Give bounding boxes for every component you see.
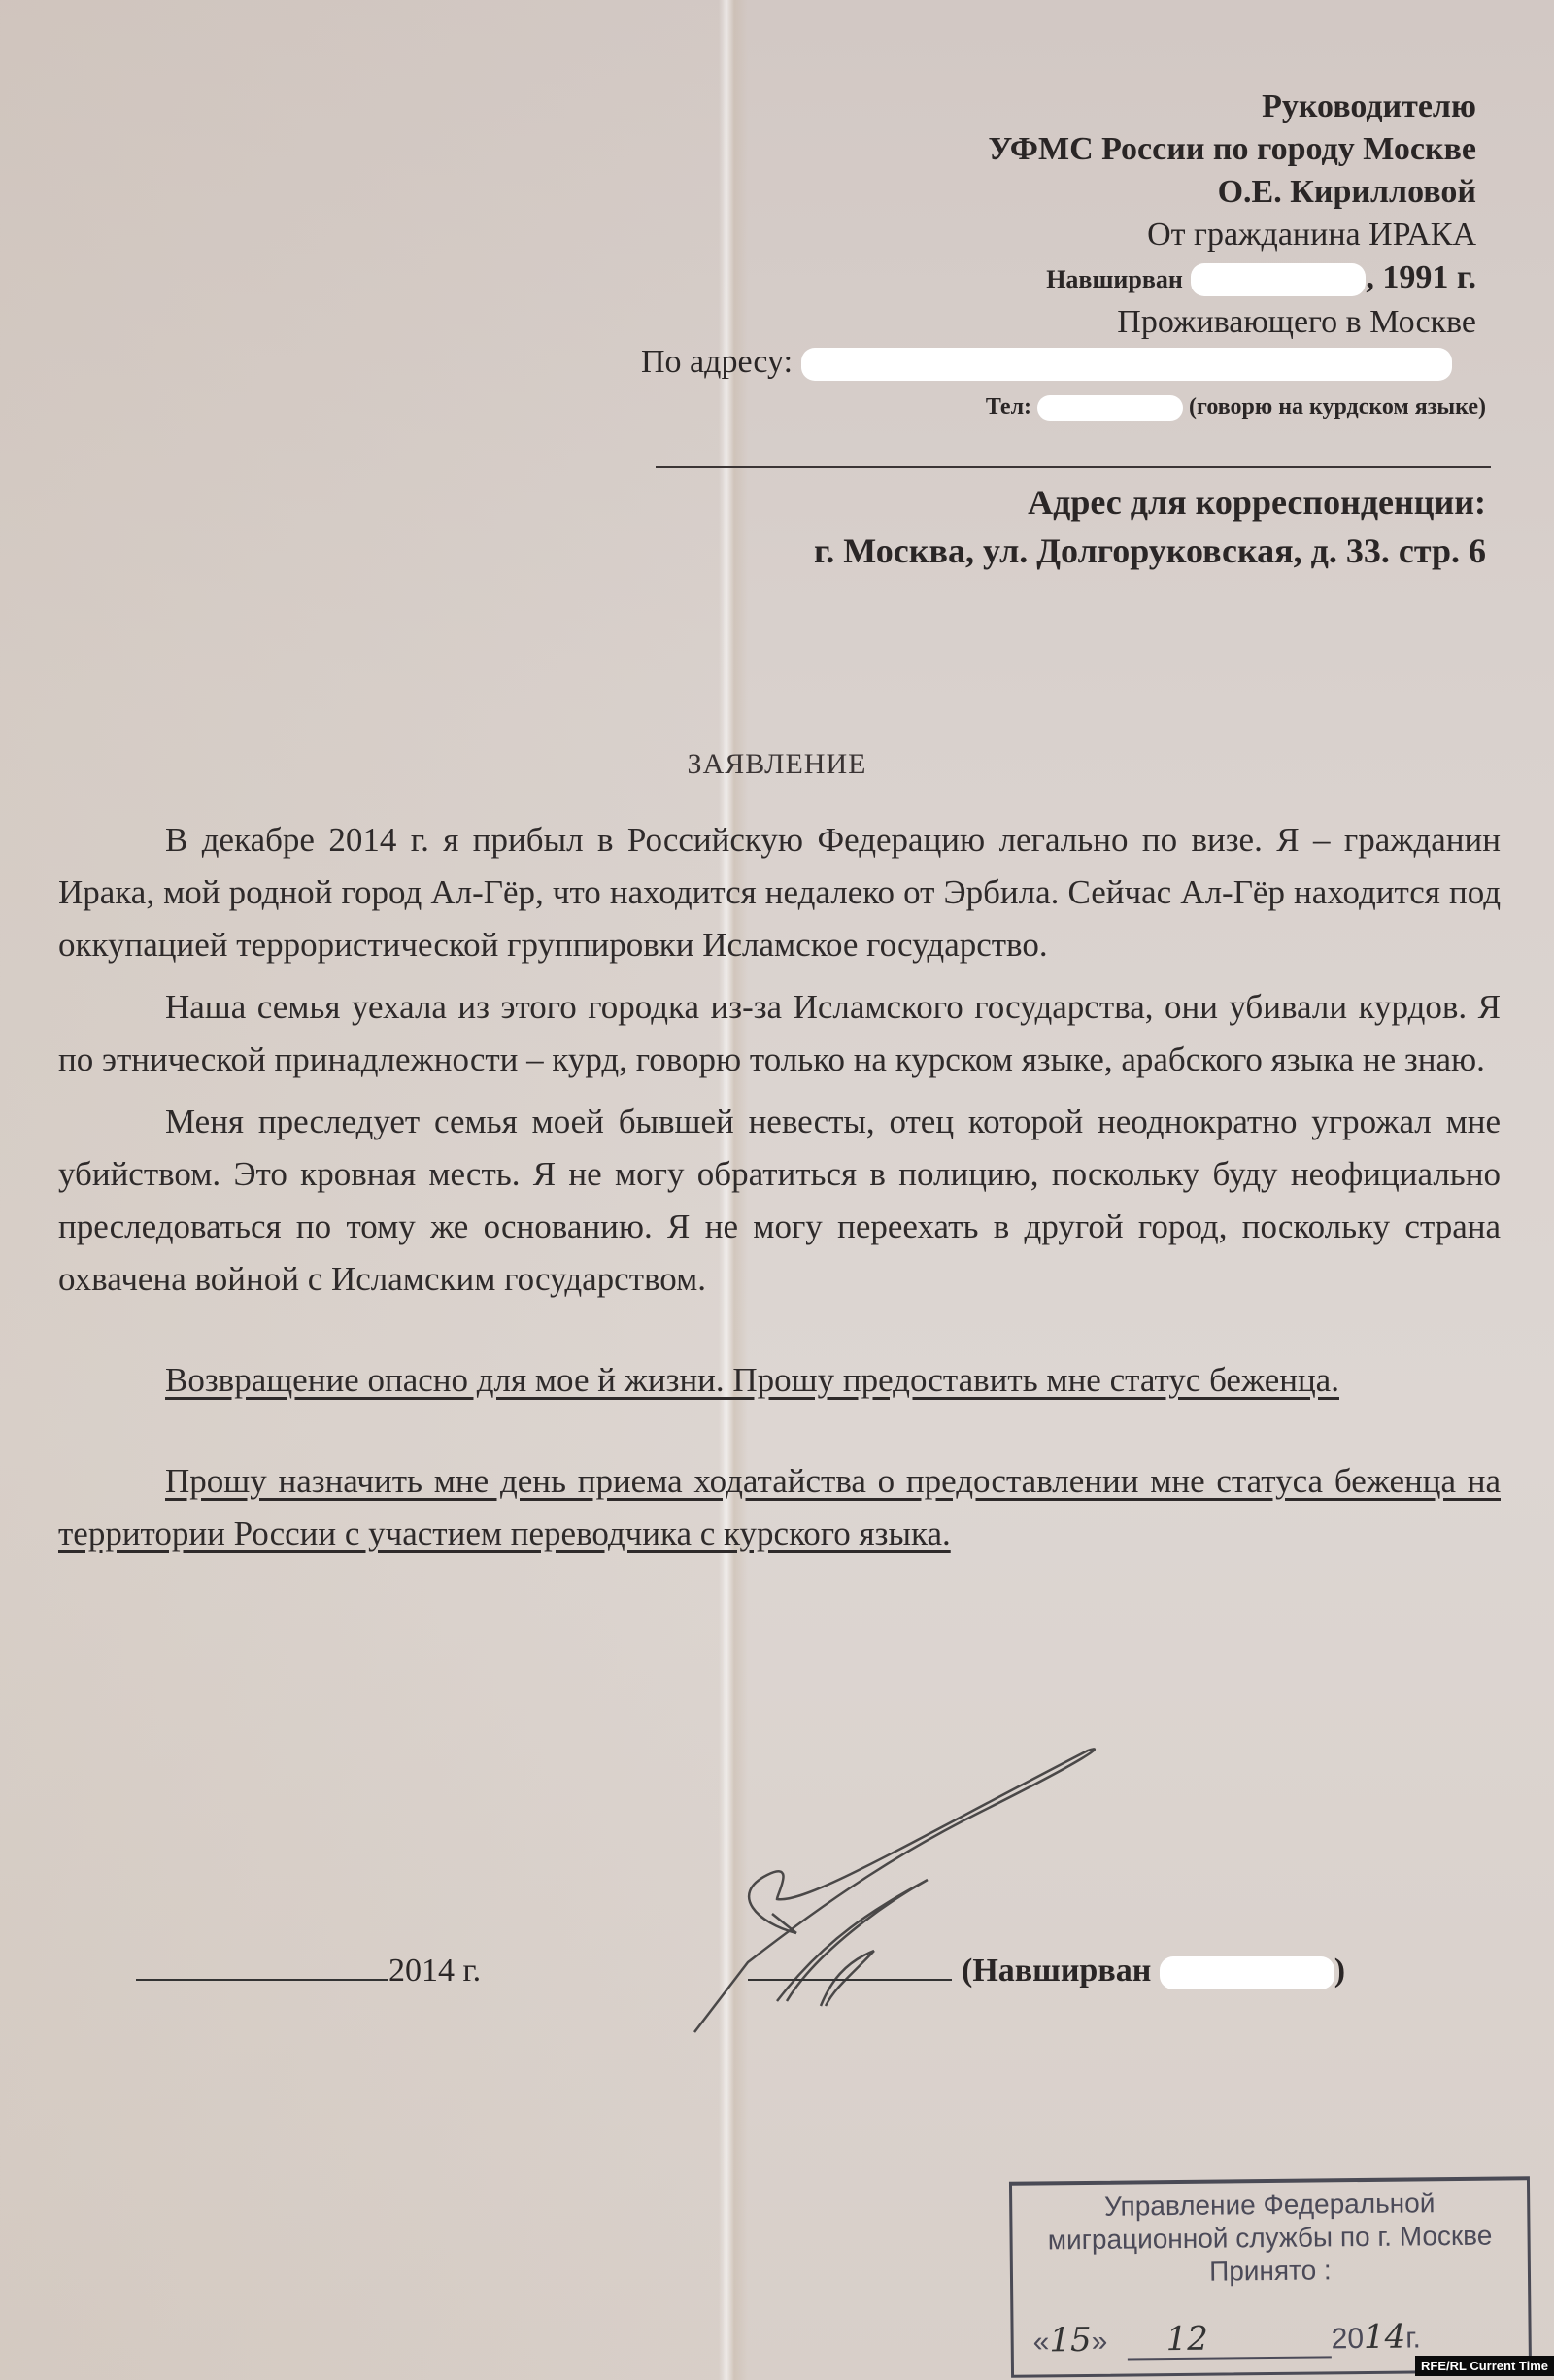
stamp-month: 12 [1165,2320,1208,2359]
phone-line: Тел: (говорю на курдском языке) [986,394,1486,421]
redacted-signatory-surname [1160,1956,1334,1989]
document-title: ЗАЯВЛЕНИЕ [0,748,1554,781]
date-year: 2014 г. [388,1953,481,1989]
statement-body: В декабре 2014 г. я прибыл в Российскую … [58,814,1501,1570]
stamp-year-prefix: 20 [1331,2323,1364,2355]
paragraph-threat: Меня преследует семья моей бывшей невест… [58,1096,1501,1306]
date-blank [136,1979,388,1981]
stamp-line-3: Принято : [1013,2252,1528,2291]
stamp-line-2: миграционной службы по г. Москве [1012,2219,1527,2258]
stamp-line-1: Управление Федеральной [1012,2186,1527,2225]
address-label: По адресу: [641,344,793,380]
stamp-year-suffix: 14 [1364,2318,1406,2357]
correspondence-address: г. Москва, ул. Долгоруковская, д. 33. ст… [814,530,1486,571]
recipient-agency: УФМС России по городу Москве [602,128,1476,171]
sender-first-name: Навширван [1046,265,1183,293]
phone-label: Тел: [986,394,1031,420]
birth-year: , 1991 г. [1366,259,1476,295]
language-note: (говорю на курдском языке) [1189,394,1486,420]
signature-blank [748,1979,952,1981]
recipient-name: О.Е. Кирилловой [602,171,1476,214]
paragraph-arrival: В декабре 2014 г. я прибыл в Российскую … [58,814,1501,971]
date-field: 2014 г. [136,1953,481,1989]
divider-line [656,466,1491,468]
interview-request: Прошу назначить мне день приема ходатайс… [58,1455,1501,1560]
handwritten-signature [660,1729,1127,2059]
redacted-surname [1191,263,1366,296]
refugee-request: Возвращение опасно для мое й жизни. Прош… [58,1354,1501,1407]
signatory-name: (Навширван ) [962,1953,1345,1989]
paragraph-family: Наша семья уехала из этого городка из-за… [58,981,1501,1086]
stamp-year-end: г. [1405,2322,1421,2354]
source-watermark: RFE/RL Current Time [1415,2356,1554,2376]
signatory-close-paren: ) [1334,1953,1345,1989]
recipient-title: Руководителю [602,85,1476,128]
sender-name-line: Навширван , 1991 г. [602,256,1476,301]
signature-field [748,1953,952,1989]
sender-citizenship: От гражданина ИРАКА [602,214,1476,256]
sender-residence: Проживающего в Москве [602,301,1476,344]
received-stamp: Управление Федеральной миграционной служ… [1009,2176,1532,2378]
signatory-first-name: (Навширван [962,1953,1151,1989]
sender-address-line: По адресу: [641,344,1452,381]
redacted-address [801,348,1452,381]
correspondence-label: Адрес для корреспонденции: [1028,482,1486,523]
redacted-phone [1037,395,1183,421]
stamp-day: 15 [1049,2321,1092,2360]
addressee-block: Руководителю УФМС России по городу Москв… [602,85,1476,344]
